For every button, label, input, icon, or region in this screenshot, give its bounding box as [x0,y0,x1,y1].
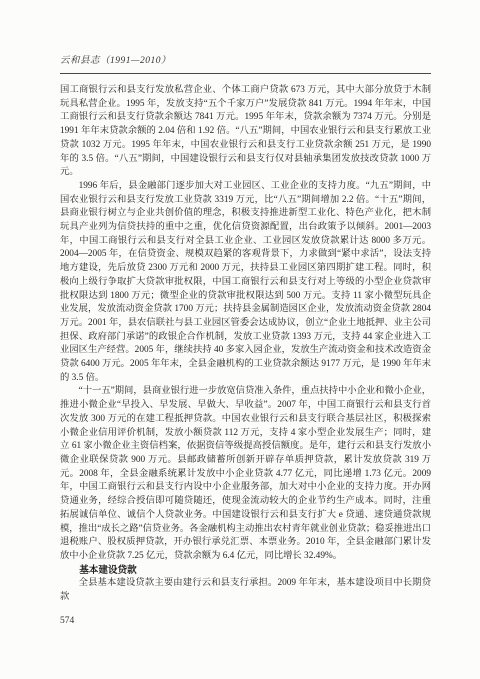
paragraph: 1996 年后，县金融部门逐步加大对工业园区、工业企业的支持力度。“九五”期间，… [60,180,431,386]
page-number: 574 [60,616,74,626]
header-title: 云和县志（1991—2010） [60,56,171,66]
book-page: 云和县志（1991—2010） 国工商银行云和县支行发放私营企业、个体工商户贷款… [0,0,480,679]
paragraph: “十一五”期间，县商业银行进一步放宽信贷准入条件，重点扶持中小企业和微小企业，推… [60,385,431,563]
section-heading: 基本建设贷款 [60,564,431,578]
paragraph: 国工商银行云和县支行发放私营企业、个体工商户贷款 673 万元，其中大部分放贷于… [60,84,431,180]
body-text: 国工商银行云和县支行发放私营企业、个体工商户贷款 673 万元，其中大部分放贷于… [60,84,431,605]
paragraph: 全县基本建设贷款主要由建行云和县支行承担。2009 年年末，基本建设项目中长期贷… [60,577,431,604]
page-header: 云和县志（1991—2010） [60,50,431,74]
